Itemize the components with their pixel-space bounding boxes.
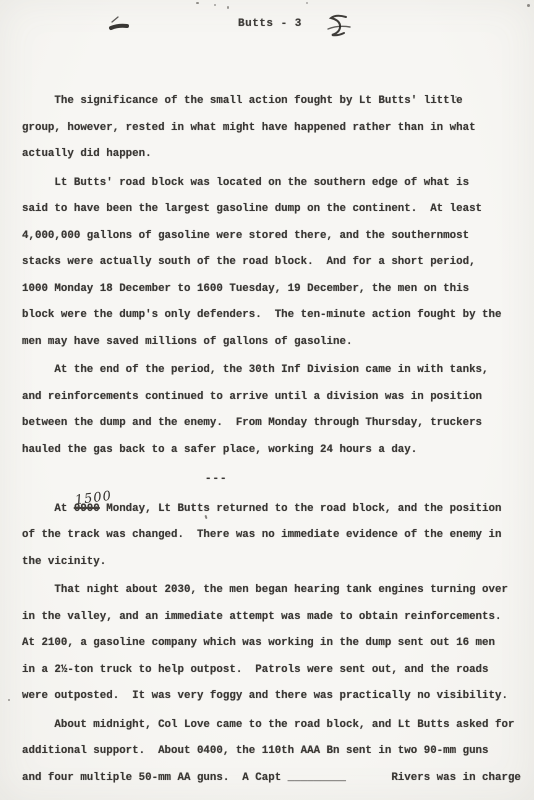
page-title: Butts - 3 — [238, 18, 302, 30]
text-line: At 2100, a gasoline company which was wo… — [22, 630, 518, 657]
text-line: At 15000900 Monday, Lt Butts returned to… — [22, 496, 518, 523]
text-line: stacks were actually south of the road b… — [22, 249, 518, 276]
paragraph-road-block: Lt Butts' road block was located on the … — [22, 170, 518, 356]
text-line: About midnight, Col Love came to the roa… — [22, 712, 518, 739]
text-line: additional support. About 0400, the 110t… — [22, 738, 518, 765]
scanned-document-page: Butts - 3 The significance of the small … — [0, 0, 534, 800]
text-line: were outposted. It was very foggy and th… — [22, 683, 518, 710]
scan-speck — [196, 2, 199, 4]
text-line: 4,000,000 gallons of gasoline were store… — [22, 223, 518, 250]
text-segment: Monday, Lt Butts returned to the road bl… — [100, 503, 502, 515]
handwritten-squiggle-mark — [324, 12, 354, 42]
text-line: At the end of the period, the 30th Inf D… — [22, 357, 518, 384]
paragraph-significance: The significance of the small action fou… — [22, 88, 518, 168]
paragraph-return-to-block: At 15000900 Monday, Lt Butts returned to… — [22, 496, 518, 576]
text-line: hauled the gas back to a safer place, wo… — [22, 437, 518, 464]
text-line: in the valley, and an immediate attempt … — [22, 604, 518, 631]
text-line: Lt Butts' road block was located on the … — [22, 170, 518, 197]
section-divider: --- — [205, 466, 518, 493]
paragraph-midnight-support: About midnight, Col Love came to the roa… — [22, 712, 518, 792]
text-line: actually did happen. — [22, 141, 518, 168]
text-segment: At — [22, 503, 74, 515]
text-line: and reinforcements continued to arrive u… — [22, 384, 518, 411]
scan-speck — [527, 4, 530, 7]
scan-speck — [455, 96, 457, 98]
text-line: and four multiple 50-mm AA guns. A Capt … — [22, 765, 518, 792]
text-line: The significance of the small action fou… — [22, 88, 518, 115]
text-line: the vicinity. — [22, 549, 518, 576]
text-line: --- — [205, 466, 518, 493]
handwritten-correction: 1500 — [73, 483, 113, 514]
paragraph-tank-engines: That night about 2030, the men began hea… — [22, 577, 518, 710]
text-line: men may have saved millions of gallons o… — [22, 329, 518, 356]
text-line: in a 2½-ton truck to help outpost. Patro… — [22, 657, 518, 684]
scan-speck — [227, 6, 229, 9]
document-text: The significance of the small action fou… — [22, 88, 518, 793]
scan-speck — [306, 2, 308, 4]
text-line: of the track was changed. There was no i… — [22, 522, 518, 549]
text-line: said to have been the largest gasoline d… — [22, 196, 518, 223]
paragraph-reinforcements: At the end of the period, the 30th Inf D… — [22, 357, 518, 463]
corrected-time: 15000900 — [74, 503, 100, 515]
text-line: between the dump and the enemy. From Mon… — [22, 410, 518, 437]
handwritten-dash-mark — [108, 14, 138, 38]
text-line: That night about 2030, the men began hea… — [22, 577, 518, 604]
text-line: group, however, rested in what might hav… — [22, 115, 518, 142]
text-line: block were the dump's only defenders. Th… — [22, 302, 518, 329]
scan-speck — [214, 4, 216, 6]
scan-speck — [8, 699, 10, 701]
text-line: 1000 Monday 18 December to 1600 Tuesday,… — [22, 276, 518, 303]
